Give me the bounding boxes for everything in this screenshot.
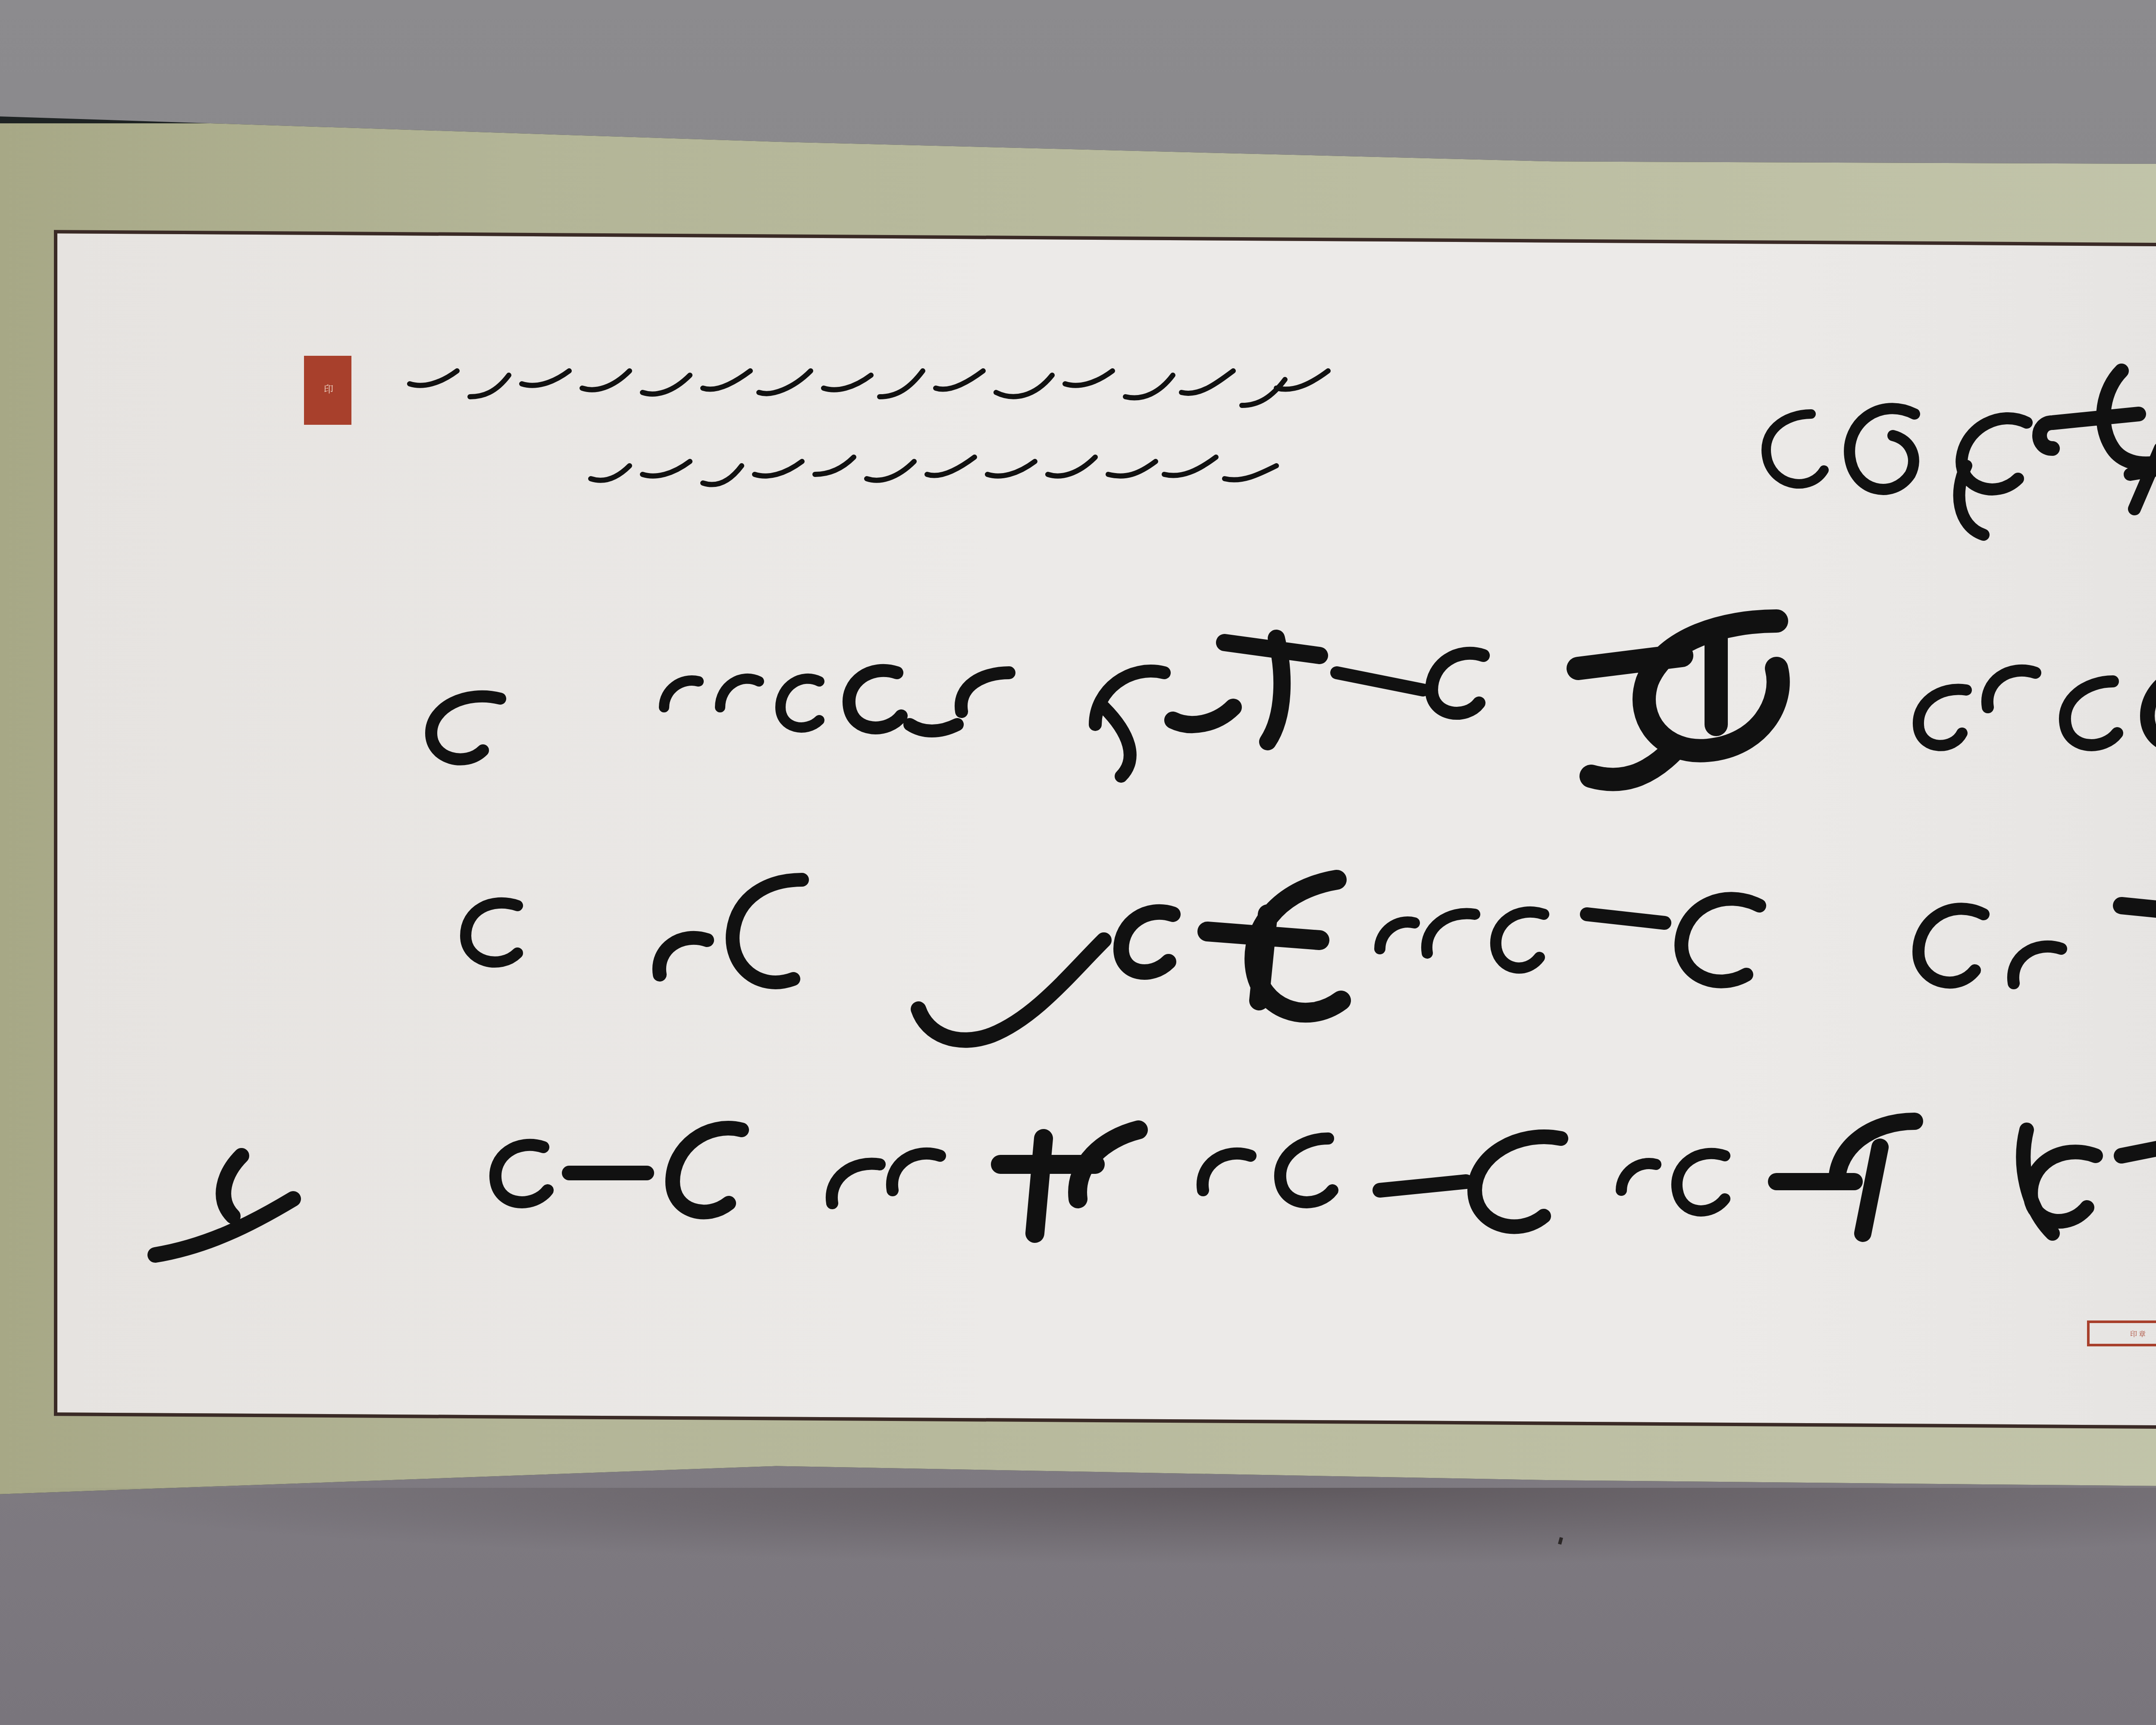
- calligraphy-ink: [0, 0, 2156, 1725]
- scroll-shadow: [0, 1488, 2156, 1565]
- seal-rect-glyph: 印章: [2130, 1329, 2147, 1339]
- artist-seal-rectangular: 印章: [2087, 1320, 2156, 1346]
- seal-square-glyph: 印: [321, 384, 335, 396]
- artist-seal-square: 印: [304, 356, 351, 425]
